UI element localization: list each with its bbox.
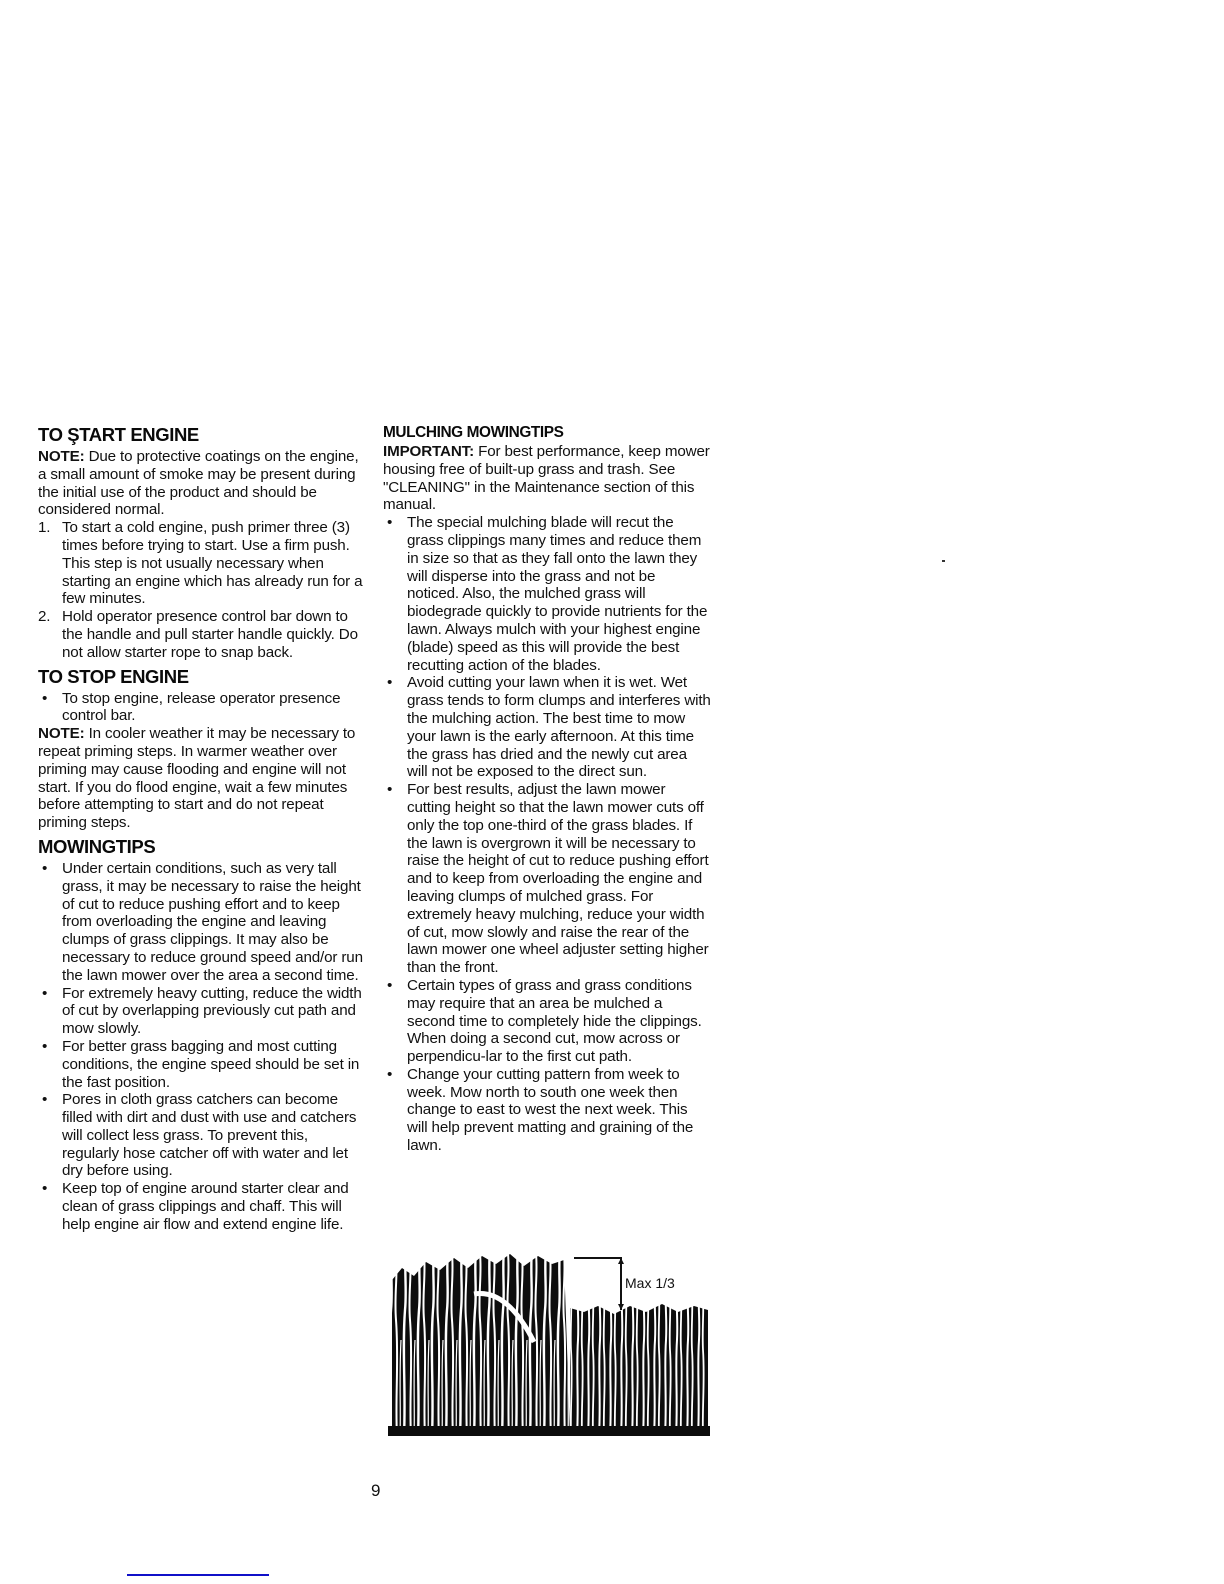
list-item-text: Keep top of engine around starter clear …	[62, 1180, 349, 1233]
important-note: IMPORTANT: For best performance, keep mo…	[383, 443, 711, 514]
stop-engine-section: TO STOP ENGINE •To stop engine, release …	[38, 666, 368, 832]
list-item: •Avoid cutting your lawn when it is wet.…	[383, 674, 711, 781]
bullet-icon: •	[42, 985, 64, 1003]
start-engine-heading: TO ŞTART ENGINE	[38, 424, 368, 446]
scan-speck	[942, 560, 945, 562]
mowing-tips-heading: MOWINGTIPS	[38, 836, 368, 858]
tall-grass-region	[392, 1254, 570, 1436]
bullet-icon: •	[42, 1038, 64, 1056]
note-text: Due to protective coatings on the engine…	[38, 448, 359, 518]
list-item-text: Change your cutting pattern from week to…	[407, 1066, 693, 1154]
bullet-icon: •	[387, 674, 409, 692]
footer-rule	[127, 1574, 269, 1576]
bullet-icon: •	[42, 690, 64, 708]
list-item-text: For better grass bagging and most cuttin…	[62, 1038, 359, 1091]
list-item: •For best results, adjust the lawn mower…	[383, 781, 711, 977]
bullet-icon: •	[42, 1091, 64, 1109]
list-item-text: The special mulching blade will recut th…	[407, 514, 707, 673]
note-text: In cooler weather it may be necessary to…	[38, 725, 355, 831]
stop-engine-note: NOTE: In cooler weather it may be necess…	[38, 725, 368, 832]
step-item: 1.To start a cold engine, push primer th…	[38, 519, 368, 608]
list-item: •To stop engine, release operator presen…	[38, 690, 368, 726]
left-column: TO ŞTART ENGINE NOTE: Due to protective …	[38, 424, 368, 1234]
stop-engine-list: •To stop engine, release operator presen…	[38, 690, 368, 726]
bullet-icon: •	[42, 1180, 64, 1198]
start-engine-steps: 1.To start a cold engine, push primer th…	[38, 519, 368, 661]
start-engine-note: NOTE: Due to protective coatings on the …	[38, 448, 368, 519]
page-number: 9	[371, 1481, 380, 1501]
list-item: •For better grass bagging and most cutti…	[38, 1038, 368, 1091]
step-text: Hold operator presence control bar down …	[62, 608, 358, 661]
list-item: •Change your cutting pattern from week t…	[383, 1066, 711, 1155]
mowing-tips-list: •Under certain conditions, such as very …	[38, 860, 368, 1234]
list-item-text: Under certain conditions, such as very t…	[62, 860, 363, 984]
step-item: 2.Hold operator presence control bar dow…	[38, 608, 368, 661]
right-column: MULCHING MOWINGTIPS IMPORTANT: For best …	[383, 424, 711, 1155]
cut-grass-region	[570, 1304, 708, 1436]
bullet-icon: •	[387, 1066, 409, 1084]
list-item-text: For best results, adjust the lawn mower …	[407, 781, 709, 976]
step-number: 1.	[38, 519, 60, 537]
mulching-tips-list: •The special mulching blade will recut t…	[383, 514, 711, 1155]
note-lead: NOTE:	[38, 448, 85, 465]
list-item: •Pores in cloth grass catchers can becom…	[38, 1091, 368, 1180]
list-item: •Under certain conditions, such as very …	[38, 860, 368, 985]
bullet-icon: •	[42, 860, 64, 878]
step-number: 2.	[38, 608, 60, 626]
list-item-text: Pores in cloth grass catchers can become…	[62, 1091, 356, 1179]
step-text: To start a cold engine, push primer thre…	[62, 519, 362, 607]
important-lead: IMPORTANT:	[383, 443, 474, 460]
mulching-tips-section: MULCHING MOWINGTIPS IMPORTANT: For best …	[383, 424, 711, 1155]
stop-engine-heading: TO STOP ENGINE	[38, 666, 368, 688]
mowing-tips-section: MOWINGTIPS •Under certain conditions, su…	[38, 836, 368, 1234]
bullet-icon: •	[387, 514, 409, 532]
list-item-text: To stop engine, release operator presenc…	[62, 690, 340, 725]
list-item: •Certain types of grass and grass condit…	[383, 977, 711, 1066]
bullet-icon: •	[387, 977, 409, 995]
note-lead: NOTE:	[38, 725, 85, 742]
list-item: •Keep top of engine around starter clear…	[38, 1180, 368, 1233]
mulching-tips-heading: MULCHING MOWINGTIPS	[383, 424, 711, 442]
max-cut-label: Max 1/3	[625, 1275, 675, 1291]
list-item-text: Avoid cutting your lawn when it is wet. …	[407, 674, 711, 780]
list-item: •The special mulching blade will recut t…	[383, 514, 711, 674]
bullet-icon: •	[387, 781, 409, 799]
list-item-text: For extremely heavy cutting, reduce the …	[62, 985, 362, 1038]
start-engine-section: TO ŞTART ENGINE NOTE: Due to protective …	[38, 424, 368, 662]
list-item: •For extremely heavy cutting, reduce the…	[38, 985, 368, 1038]
list-item-text: Certain types of grass and grass conditi…	[407, 977, 702, 1065]
